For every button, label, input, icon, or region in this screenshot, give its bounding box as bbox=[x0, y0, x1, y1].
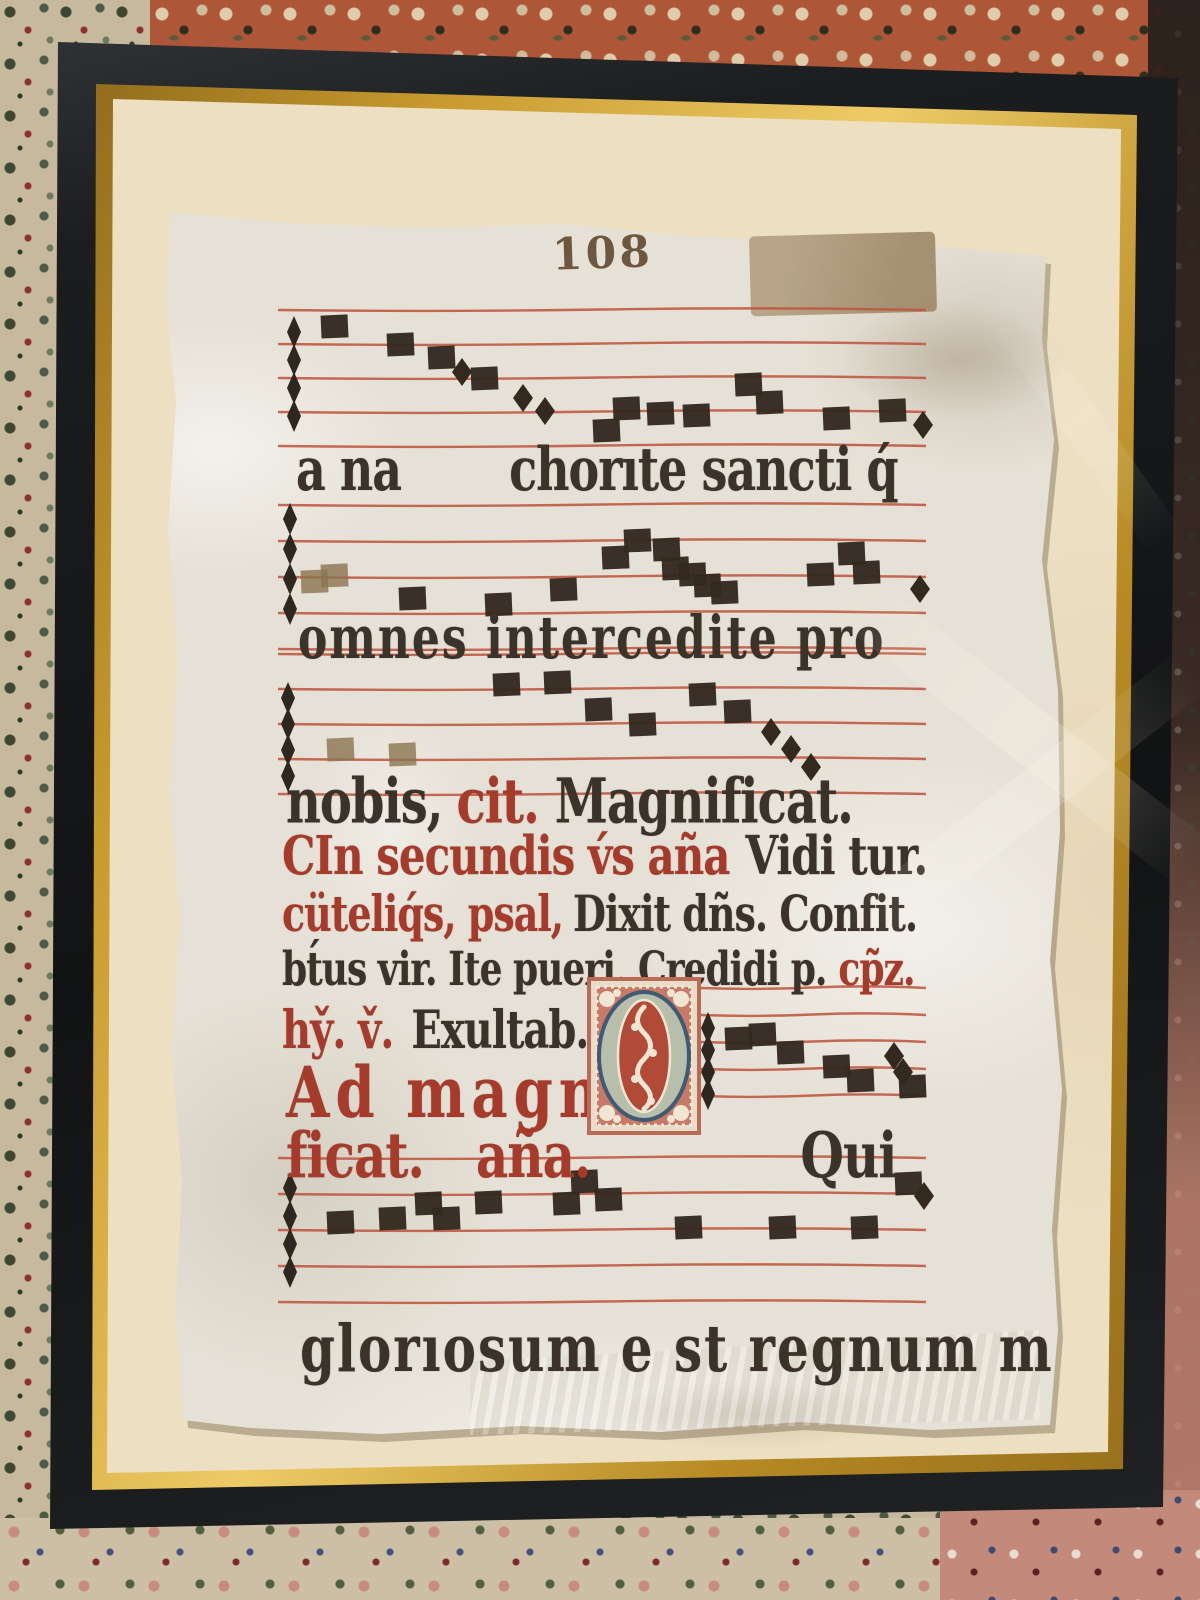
lyric-segment: bt́us vir. Ite pueri. Credidi p. bbox=[282, 942, 826, 997]
lyric-segment: CIn secundis v́s aña bbox=[282, 824, 729, 887]
photo-scene: 108 a nachorıte sancti q́omnes intercedi… bbox=[0, 0, 1200, 1600]
lyric-segment: cüteliq́s, psal, bbox=[282, 884, 563, 943]
lyric-segment: omnes intercedite pro bbox=[298, 604, 885, 673]
lyric-segment: chorıte sancti q́ bbox=[509, 434, 897, 504]
lyric-segment: glorıosum e st regnum m bbox=[300, 1310, 1054, 1387]
illuminated-initial-block bbox=[585, 975, 705, 1143]
lyric-line-5: cüteliq́s, psal,Dixit dñs. Confit. bbox=[282, 884, 917, 943]
lyric-line-10: glorıosum e st regnum m bbox=[300, 1310, 1054, 1387]
lyric-segment: aña. bbox=[476, 1118, 591, 1192]
lyrics-layer: a nachorıte sancti q́omnes intercedite p… bbox=[0, 0, 1200, 1600]
lyric-line-2: omnes intercedite pro bbox=[298, 604, 885, 673]
lyric-segment: Qui bbox=[800, 1118, 896, 1192]
lyric-segment: Vidi tur. bbox=[745, 824, 927, 887]
lyric-segment: cp̃z. bbox=[838, 942, 914, 997]
lyric-segment: ficat. bbox=[286, 1118, 424, 1192]
lyric-line-1: a nachorıte sancti q́ bbox=[296, 434, 898, 504]
lyric-segment: a na bbox=[296, 434, 401, 504]
illuminated-initial-O bbox=[585, 975, 705, 1139]
lyric-segment: Dixit dñs. Confit. bbox=[573, 884, 917, 943]
lyric-line-4: CIn secundis v́s añaVidi tur. bbox=[282, 824, 927, 887]
